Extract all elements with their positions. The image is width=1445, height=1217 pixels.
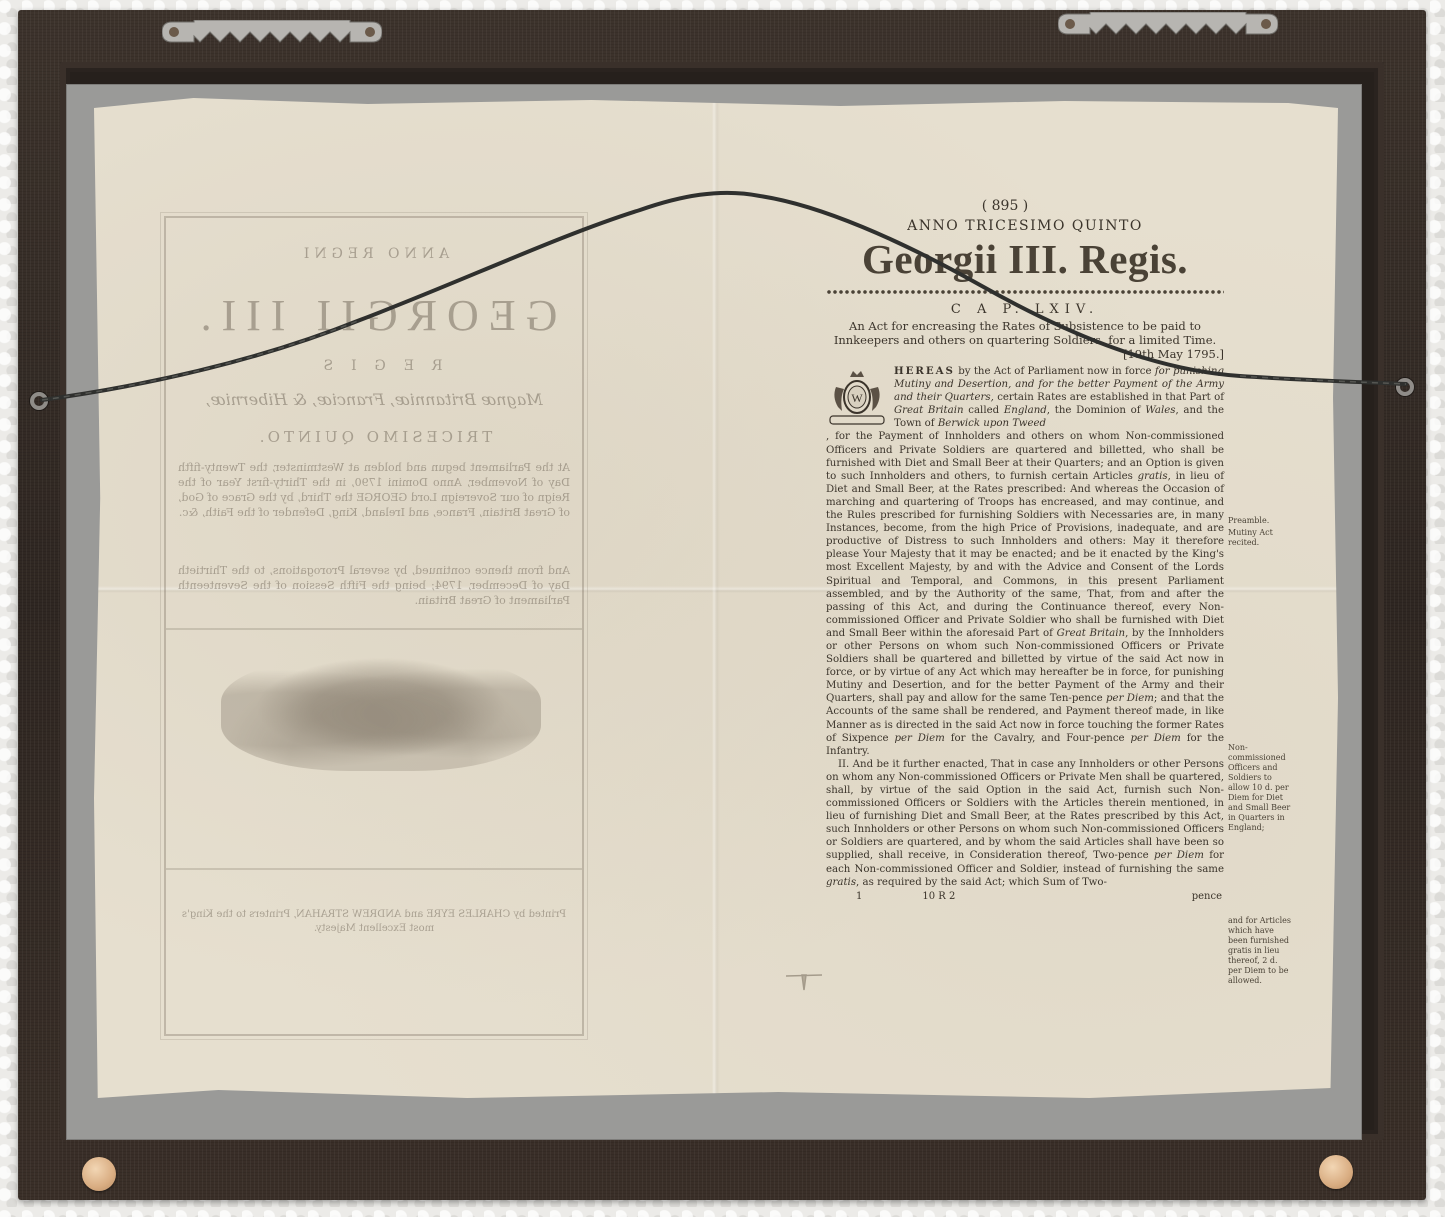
footer-mark: 1 bbox=[856, 890, 862, 903]
preamble-opening: HEREAS by the Act of Parliament now in f… bbox=[894, 365, 1224, 430]
margin-note-two-pence: and for Articles which have been furnish… bbox=[1228, 916, 1292, 986]
margin-note-mutiny-act: Mutiny Act recited. bbox=[1228, 528, 1292, 548]
document-sheet: ANNO REGNI GEORGII III. REGIS Magnæ Brit… bbox=[94, 98, 1338, 1098]
section-two: II. And be it further enacted, That in c… bbox=[826, 758, 1224, 889]
screw-eye-left-icon bbox=[30, 392, 48, 410]
ghost-rule bbox=[166, 628, 582, 630]
ornamental-rule bbox=[826, 288, 1224, 296]
royal-arms-icon bbox=[221, 656, 541, 771]
printed-act-page: ( 895 ) ANNO TRICESIMO QUINTO Georgii II… bbox=[826, 198, 1224, 903]
catchword: pence bbox=[1192, 890, 1222, 903]
sawtooth-hanger-right-icon bbox=[1058, 12, 1278, 38]
regnal-year-heading: ANNO TRICESIMO QUINTO bbox=[826, 218, 1224, 234]
screw-eye-right-icon bbox=[1396, 378, 1414, 396]
sawtooth-hanger-left-icon bbox=[162, 20, 382, 46]
page-title: Georgii III. Regis. bbox=[826, 236, 1224, 282]
ghost-anno-regni: ANNO REGNI bbox=[166, 246, 582, 262]
ghost-regis: REGIS bbox=[166, 358, 582, 374]
chapter-heading: C A P. LXIV. bbox=[826, 302, 1224, 317]
felt-bumper-left-icon bbox=[82, 1157, 116, 1191]
act-body: W HEREAS by the Act of Parliament now in… bbox=[826, 365, 1224, 903]
ghost-imprint: Printed by CHARLES EYRE and ANDREW STRAH… bbox=[178, 908, 570, 936]
preamble-continued: , for the Payment of Innholders and othe… bbox=[826, 430, 1224, 757]
royal-crest-icon: W bbox=[826, 367, 888, 427]
ghost-tricesimo-quinto: TRICESIMO QUINTO. bbox=[166, 428, 582, 446]
paper-tear-icon bbox=[784, 970, 824, 992]
ghost-rule bbox=[166, 868, 582, 870]
ghost-parliament-paragraph: At the Parliament begun and holden at We… bbox=[178, 460, 570, 520]
act-title: An Act for encreasing the Rates of Subsi… bbox=[826, 319, 1224, 347]
page-footer: 1 10 R 2 pence bbox=[826, 890, 1224, 903]
margin-note-preamble: Preamble. bbox=[1228, 516, 1292, 526]
ghost-georgii: GEORGII III. bbox=[166, 290, 582, 341]
page-number: ( 895 ) bbox=[786, 198, 1224, 214]
ghost-prorogation-paragraph: And from thence continued, by several Pr… bbox=[178, 563, 570, 608]
signature-mark: 10 R 2 bbox=[922, 890, 955, 903]
ghost-magnae-britanniae: Magnæ Britanniæ, Franciæ, & Hiberniæ, bbox=[166, 390, 582, 409]
felt-bumper-right-icon bbox=[1319, 1155, 1353, 1189]
act-date: [19th May 1795.] bbox=[826, 347, 1224, 361]
svg-text:W: W bbox=[851, 391, 863, 405]
margin-note-ten-pence: Non-commissioned Officers and Soldiers t… bbox=[1228, 743, 1292, 833]
reverse-title-page: ANNO REGNI GEORGII III. REGIS Magnæ Brit… bbox=[164, 216, 584, 1036]
